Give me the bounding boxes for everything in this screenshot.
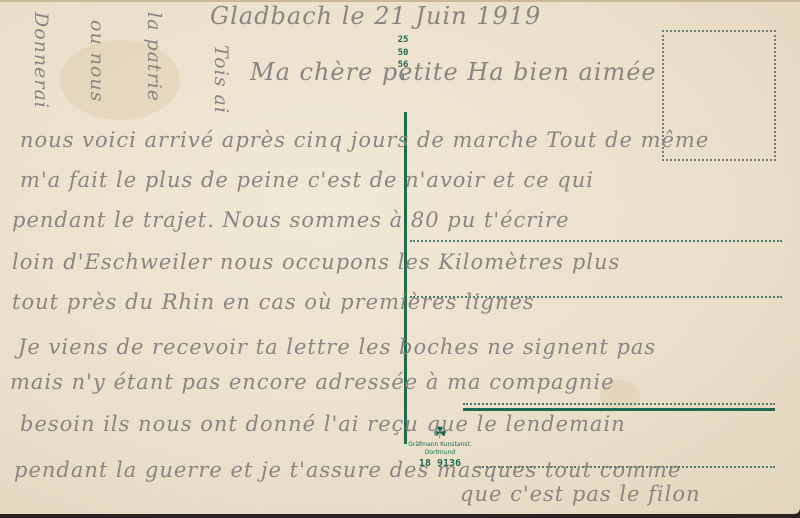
margin-note-1: Donnerai <box>30 12 52 109</box>
margin-note-2: ou nous <box>86 20 108 102</box>
letter-line-5: tout près du Rhin en cas où premières li… <box>12 290 535 314</box>
letter-line-8: besoin ils nous ont donné l'ai reçu que … <box>20 412 626 436</box>
postcard-back: 2550561 ☘ Gräfmann Kunstanst. Dortmund 1… <box>0 0 800 514</box>
letter-line-4: loin d'Eschweiler nous occupons les Kilo… <box>12 250 620 274</box>
letter-line-6: Je viens de recevoir ta lettre les boche… <box>18 335 656 359</box>
letter-line-2: m'a fait le plus de peine c'est de n'avo… <box>20 168 594 192</box>
margin-note-4: Tois ai <box>210 45 232 114</box>
publisher-name: Gräfmann Kunstanst. <box>405 441 475 449</box>
letter-line-7: mais n'y étant pas encore adressée à ma … <box>10 370 615 394</box>
letter-line-1: nous voici arrivé après cinq jours de ma… <box>20 128 709 152</box>
letter-line-10: que c'est pas le filon <box>460 482 701 506</box>
address-line-3 <box>463 403 775 405</box>
letter-line-3: pendant le trajet. Nous sommes à 80 pu t… <box>12 208 570 232</box>
salutation: Ma chère petite Ha bien aimée <box>250 58 657 86</box>
publisher-city: Dortmund <box>405 449 475 457</box>
margin-note-3: la patrie <box>143 12 165 102</box>
center-divider-line <box>404 112 407 444</box>
letter-line-9: pendant la guerre et je t'assure des mas… <box>14 458 681 482</box>
address-line-1 <box>410 240 782 242</box>
address-line-thick <box>463 408 775 411</box>
place-date: Gladbach le 21 Juin 1919 <box>210 2 541 30</box>
